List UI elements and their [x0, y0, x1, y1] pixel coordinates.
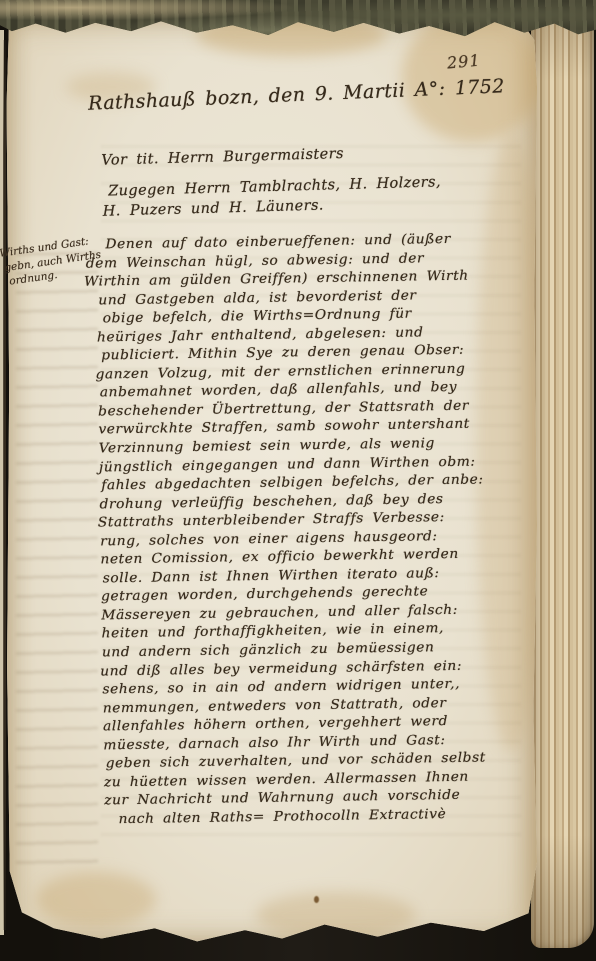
attendance-block: Vor tit. Herrn BurgermaistersZugegen Her… [101, 141, 442, 221]
manuscript-page: 291 Rathshauß bozn, den 9. Martii A°: 17… [6, 12, 537, 946]
page-gutter-line [3, 40, 6, 930]
book-page-edges-right [531, 6, 594, 948]
heading-date-line: Rathshauß bozn, den 9. Martii A°: 1752 [88, 75, 505, 114]
paper-stain [36, 872, 156, 927]
ink-speck [314, 896, 319, 903]
page-number: 291 [446, 51, 481, 73]
photo-backdrop: 291 Rathshauß bozn, den 9. Martii A°: 17… [0, 0, 596, 961]
body-text-block: Denen auf dato einberueffenen: und (äuße… [95, 230, 540, 830]
attendance-line: Vor tit. Herrn Burgermaisters [101, 141, 440, 170]
paper-stain [256, 892, 416, 938]
ink-bleedthrough-left-margin [16, 242, 98, 872]
